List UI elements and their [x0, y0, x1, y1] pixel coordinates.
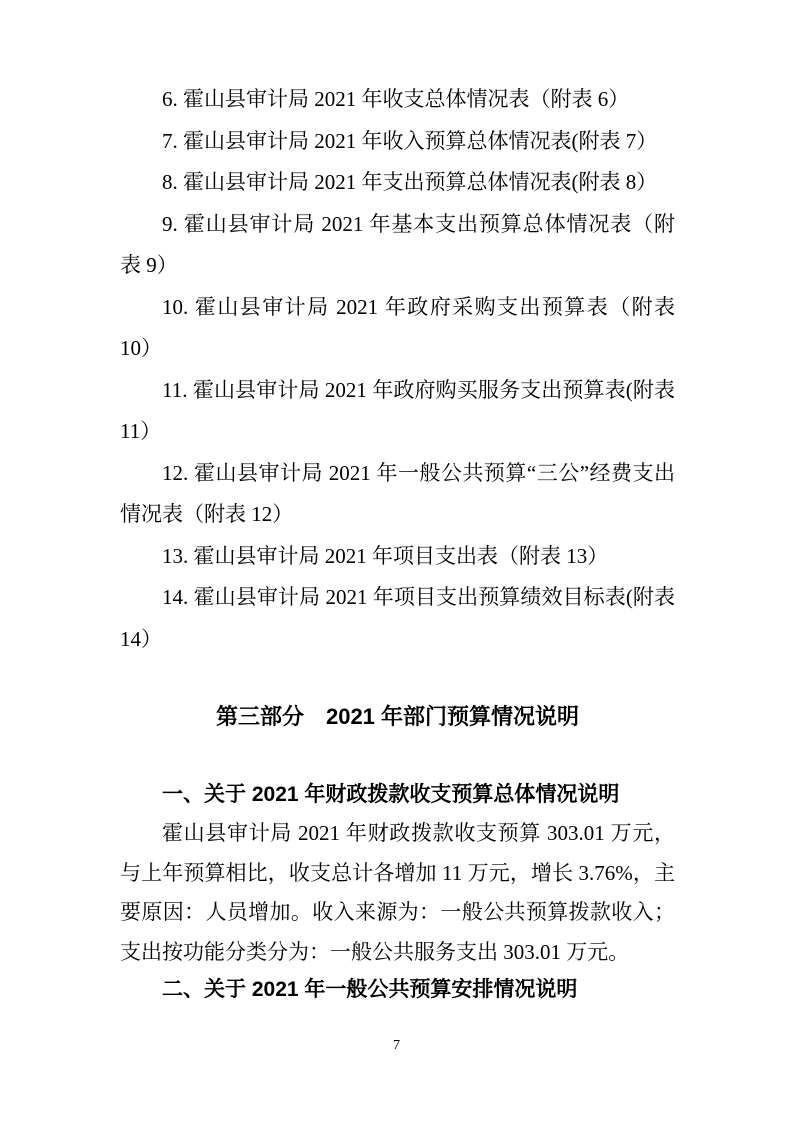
attachment-list-item: 8. 霍山县审计局 2021 年支出预算总体情况表(附表 8） — [120, 162, 675, 204]
attachment-list-item: 10. 霍山县审计局 2021 年政府采购支出预算表（附表 10） — [120, 287, 675, 370]
attachment-list-item: 13. 霍山县审计局 2021 年项目支出表（附表 13） — [120, 536, 675, 578]
document-page: 6. 霍山县审计局 2021 年收支总体情况表（附表 6） 7. 霍山县审计局 … — [0, 0, 793, 1122]
attachment-list-item: 11. 霍山县审计局 2021 年政府购买服务支出预算表(附表 11） — [120, 370, 675, 453]
part-heading: 第三部分 2021 年部门预算情况说明 — [120, 703, 675, 731]
attachment-list-item: 12. 霍山县审计局 2021 年一般公共预算“三公”经费支出情况表（附表 12… — [120, 453, 675, 536]
page-content: 6. 霍山县审计局 2021 年收支总体情况表（附表 6） 7. 霍山县审计局 … — [120, 79, 675, 1004]
section-paragraph: 霍山县审计局 2021 年财政拨款收支预算 303.01 万元，与上年预算相比，… — [120, 814, 675, 972]
attachment-list-item: 14. 霍山县审计局 2021 年项目支出预算绩效目标表(附表 14） — [120, 577, 675, 660]
section-heading: 二、关于 2021 年一般公共预算安排情况说明 — [120, 976, 675, 1004]
attachment-list-item: 9. 霍山县审计局 2021 年基本支出预算总体情况表（附表 9） — [120, 204, 675, 287]
attachment-list: 6. 霍山县审计局 2021 年收支总体情况表（附表 6） 7. 霍山县审计局 … — [120, 79, 675, 660]
section-heading: 一、关于 2021 年财政拨款收支预算总体情况说明 — [120, 781, 675, 809]
page-number: 7 — [0, 1036, 793, 1056]
attachment-list-item: 7. 霍山县审计局 2021 年收入预算总体情况表(附表 7） — [120, 121, 675, 163]
attachment-list-item: 6. 霍山县审计局 2021 年收支总体情况表（附表 6） — [120, 79, 675, 121]
